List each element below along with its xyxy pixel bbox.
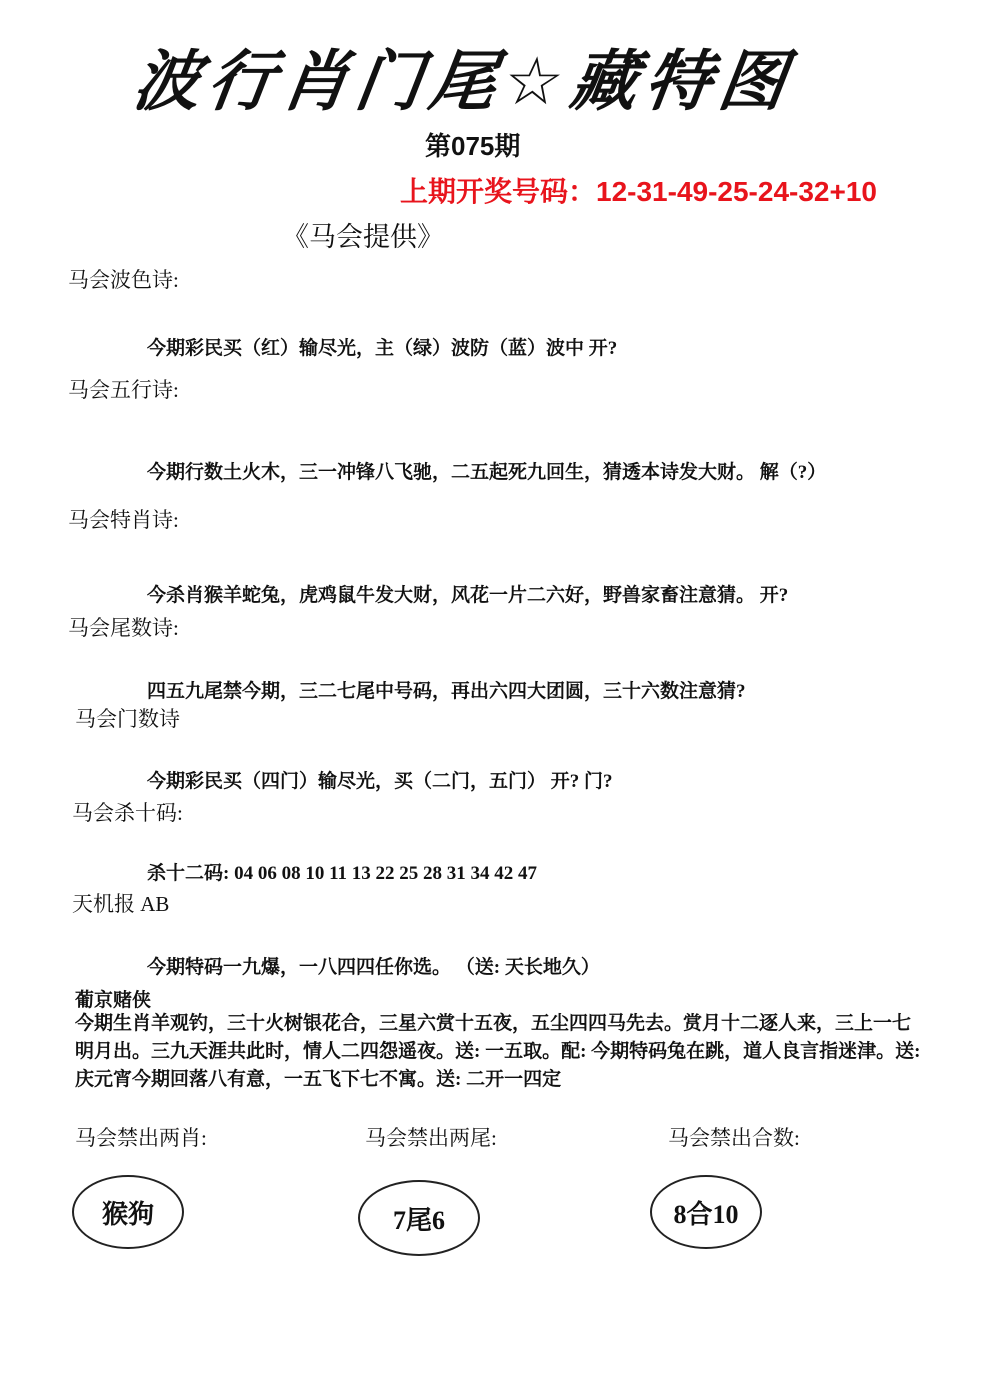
issue-number: 第075期: [425, 126, 520, 163]
kill-twelve-numbers: 杀十二码: 04 06 08 10 11 13 22 25 28 31 34 4…: [147, 858, 537, 885]
ban-label-sum: 马会禁出合数:: [668, 1122, 800, 1152]
poem-tail-number: 四五九尾禁今期，三二七尾中号码，再出六四大团圆，三十六数注意猜?: [147, 676, 746, 703]
provider-label: 《马会提供》: [282, 215, 444, 254]
poem-door-number: 今期彩民买（四门）输尽光，买（二门，五门） 开? 门?: [147, 766, 613, 793]
ban-tail-ellipse: 7尾6: [358, 1180, 480, 1256]
ban-sum-ellipse: 8合10: [650, 1175, 762, 1249]
ban-sum-value: 8合10: [673, 1194, 738, 1231]
section-label-special-zodiac: 马会特肖诗:: [68, 504, 179, 534]
section-label-pujing: 葡京赌侠: [75, 985, 151, 1012]
section-label-tianji: 天机报 AB: [72, 888, 169, 918]
poem-wave-color: 今期彩民买（红）输尽光，主（绿）波防（蓝）波中 开?: [147, 333, 617, 360]
section-label-kill-ten: 马会杀十码:: [72, 797, 183, 827]
ban-zodiac-ellipse: 猴狗: [72, 1175, 184, 1249]
pujing-paragraph: 今期生肖羊观钓，三十火树银花合，三星六赏十五夜，五尘四四马先去。赏月十二逐人来，…: [75, 1010, 925, 1094]
ban-zodiac-value: 猴狗: [102, 1194, 154, 1231]
ban-tail-value: 7尾6: [393, 1200, 445, 1237]
section-label-tail-number: 马会尾数诗:: [68, 612, 179, 642]
ban-label-zodiac: 马会禁出两肖:: [75, 1122, 207, 1152]
last-draw-numbers: 上期开奖号码：12-31-49-25-24-32+10: [400, 170, 877, 210]
section-label-door-number: 马会门数诗: [75, 703, 180, 733]
section-label-wave-color: 马会波色诗:: [68, 264, 179, 294]
poem-special-zodiac: 今杀肖猴羊蛇兔，虎鸡鼠牛发大财，风花一片二六好，野兽家畜注意猜。 开?: [147, 580, 788, 607]
page-title: 波行肖门尾☆藏特图: [128, 28, 801, 123]
poem-five-elements: 今期行数土火木，三一冲锋八飞驰，二五起死九回生，猜透本诗发大财。 解（?）: [147, 457, 826, 484]
section-label-five-elements: 马会五行诗:: [68, 374, 179, 404]
ban-label-tail: 马会禁出两尾:: [365, 1122, 497, 1152]
poem-tianji: 今期特码一九爆，一八四四任你选。 （送: 天长地久）: [147, 952, 600, 979]
